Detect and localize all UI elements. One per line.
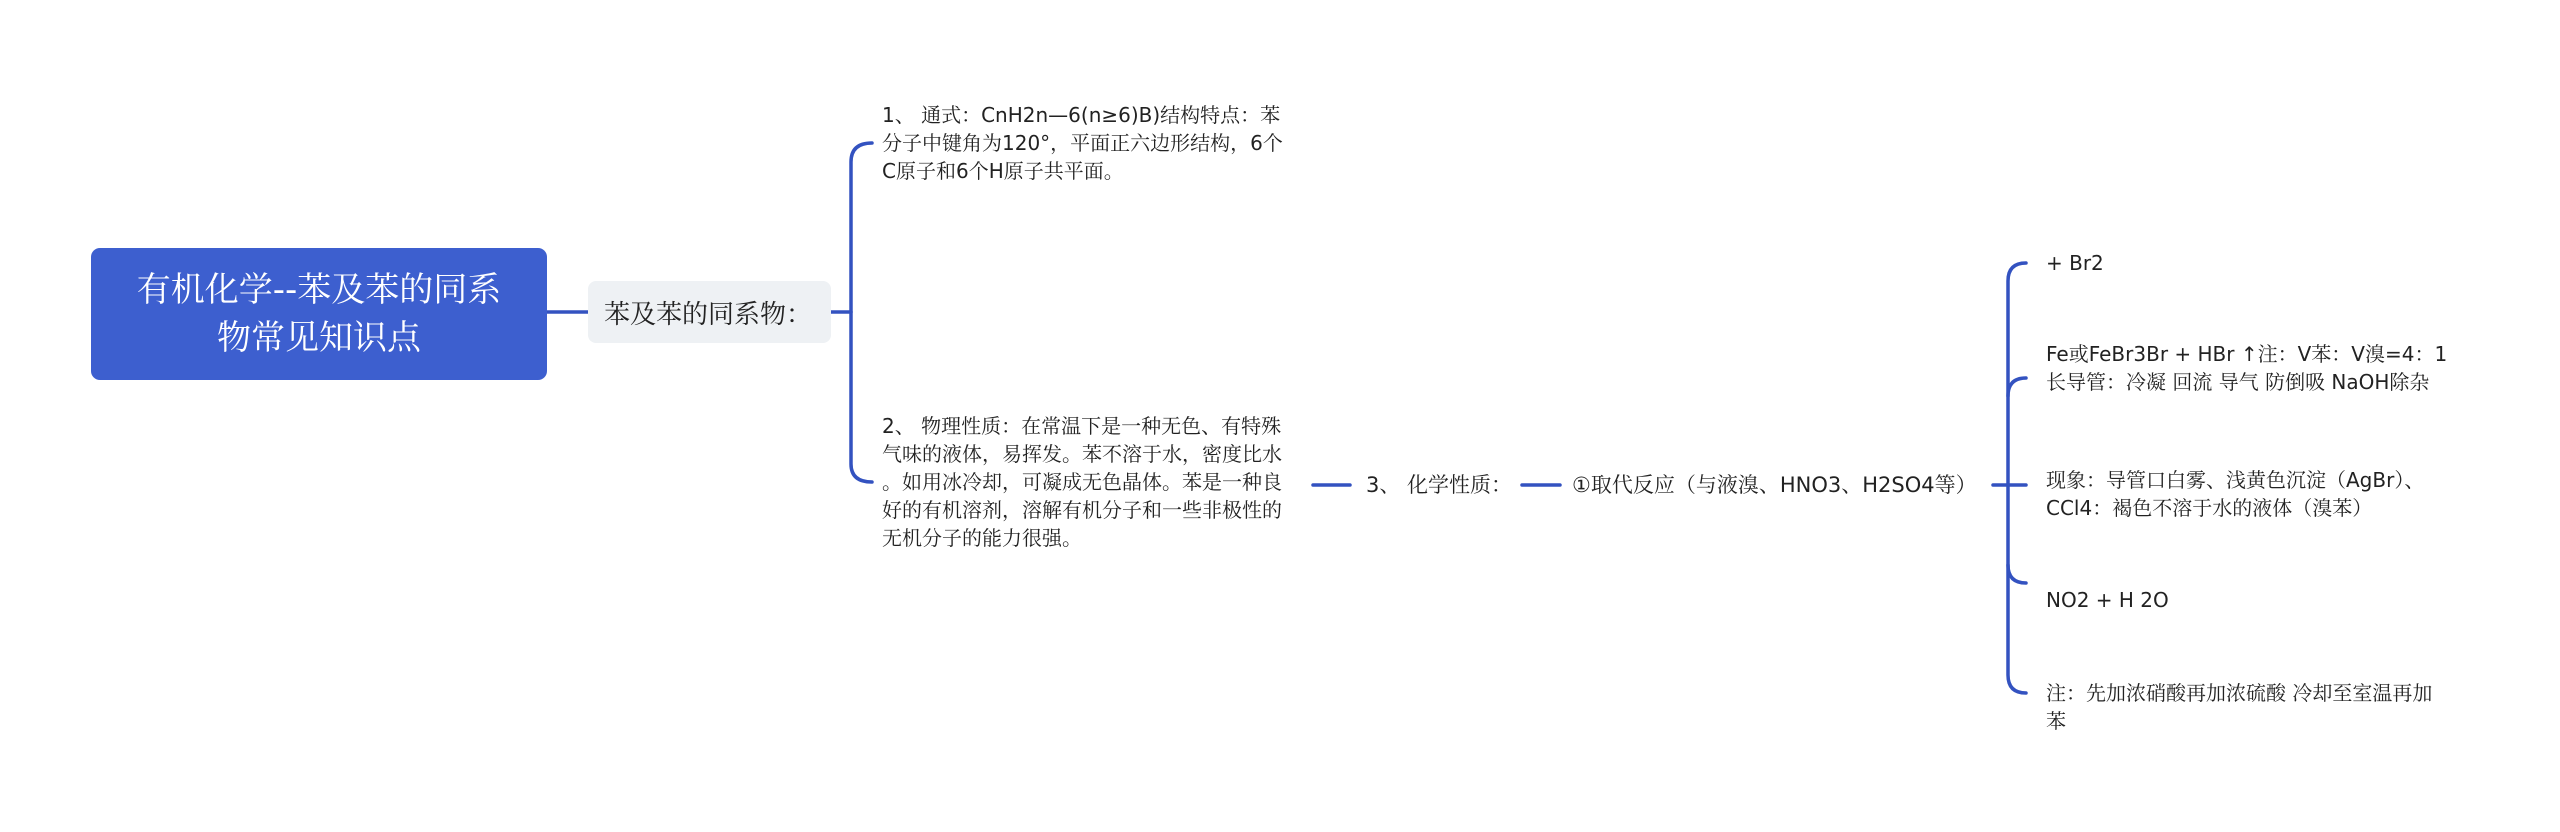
substitution-reaction-node[interactable]: ①取代反应（与液溴、HNO3、H2SO4等） [1572, 471, 1977, 499]
text-line: 苯 [2046, 707, 2432, 735]
general-formula-node[interactable]: 1、 通式：CnH2n—6(n≥6)B)结构特点：苯 分子中键角为120°，平面… [882, 101, 1283, 185]
child-node-catalyst[interactable]: Fe或FeBr3Br + HBr ↑注：V苯：V溴=4：1 长导管：冷凝 回流 … [2046, 340, 2447, 396]
text-line: + Br2 [2046, 249, 2104, 277]
text-line: 气味的液体，易挥发。苯不溶于水，密度比水 [882, 440, 1282, 468]
text-line: 注：先加浓硝酸再加浓硫酸 冷却至室温再加 [2046, 679, 2432, 707]
child-node-br2[interactable]: + Br2 [2046, 249, 2104, 277]
root-title-line2: 物常见知识点 [137, 314, 502, 362]
text-line: 。如用冰冷却，可凝成无色晶体。苯是一种良 [882, 468, 1282, 496]
root-title-line1: 有机化学--苯及苯的同系 [137, 266, 502, 314]
text-line: 分子中键角为120°，平面正六边形结构，6个 [882, 129, 1283, 157]
text-line: 现象：导管口白雾、浅黄色沉淀（AgBr）、 [2046, 466, 2424, 494]
child-node-nitration[interactable]: NO2 + H 2O [2046, 586, 2169, 614]
root-node[interactable]: 有机化学--苯及苯的同系 物常见知识点 [91, 248, 547, 380]
text-line: 无机分子的能力很强。 [882, 524, 1282, 552]
text-line: CCl4：褐色不溶于水的液体（溴苯） [2046, 494, 2424, 522]
text-line: 长导管：冷凝 回流 导气 防倒吸 NaOH除杂 [2046, 368, 2447, 396]
text-line: 好的有机溶剂，溶解有机分子和一些非极性的 [882, 496, 1282, 524]
level1-label: 苯及苯的同系物： [604, 294, 812, 331]
level1-node[interactable]: 苯及苯的同系物： [588, 281, 831, 343]
child-node-phenomenon[interactable]: 现象：导管口白雾、浅黄色沉淀（AgBr）、 CCl4：褐色不溶于水的液体（溴苯） [2046, 466, 2424, 522]
text-line: 1、 通式：CnH2n—6(n≥6)B)结构特点：苯 [882, 101, 1283, 129]
text-line: NO2 + H 2O [2046, 586, 2169, 614]
text-line: C原子和6个H原子共平面。 [882, 157, 1283, 185]
substitution-label: ①取代反应（与液溴、HNO3、H2SO4等） [1572, 473, 1977, 497]
child-node-note[interactable]: 注：先加浓硝酸再加浓硫酸 冷却至室温再加 苯 [2046, 679, 2432, 735]
chemical-label: 3、 化学性质： [1366, 473, 1512, 497]
chemical-properties-node[interactable]: 3、 化学性质： [1366, 471, 1512, 499]
physical-properties-node[interactable]: 2、 物理性质：在常温下是一种无色、有特殊 气味的液体，易挥发。苯不溶于水，密度… [882, 412, 1282, 552]
text-line: Fe或FeBr3Br + HBr ↑注：V苯：V溴=4：1 [2046, 340, 2447, 368]
text-line: 2、 物理性质：在常温下是一种无色、有特殊 [882, 412, 1282, 440]
